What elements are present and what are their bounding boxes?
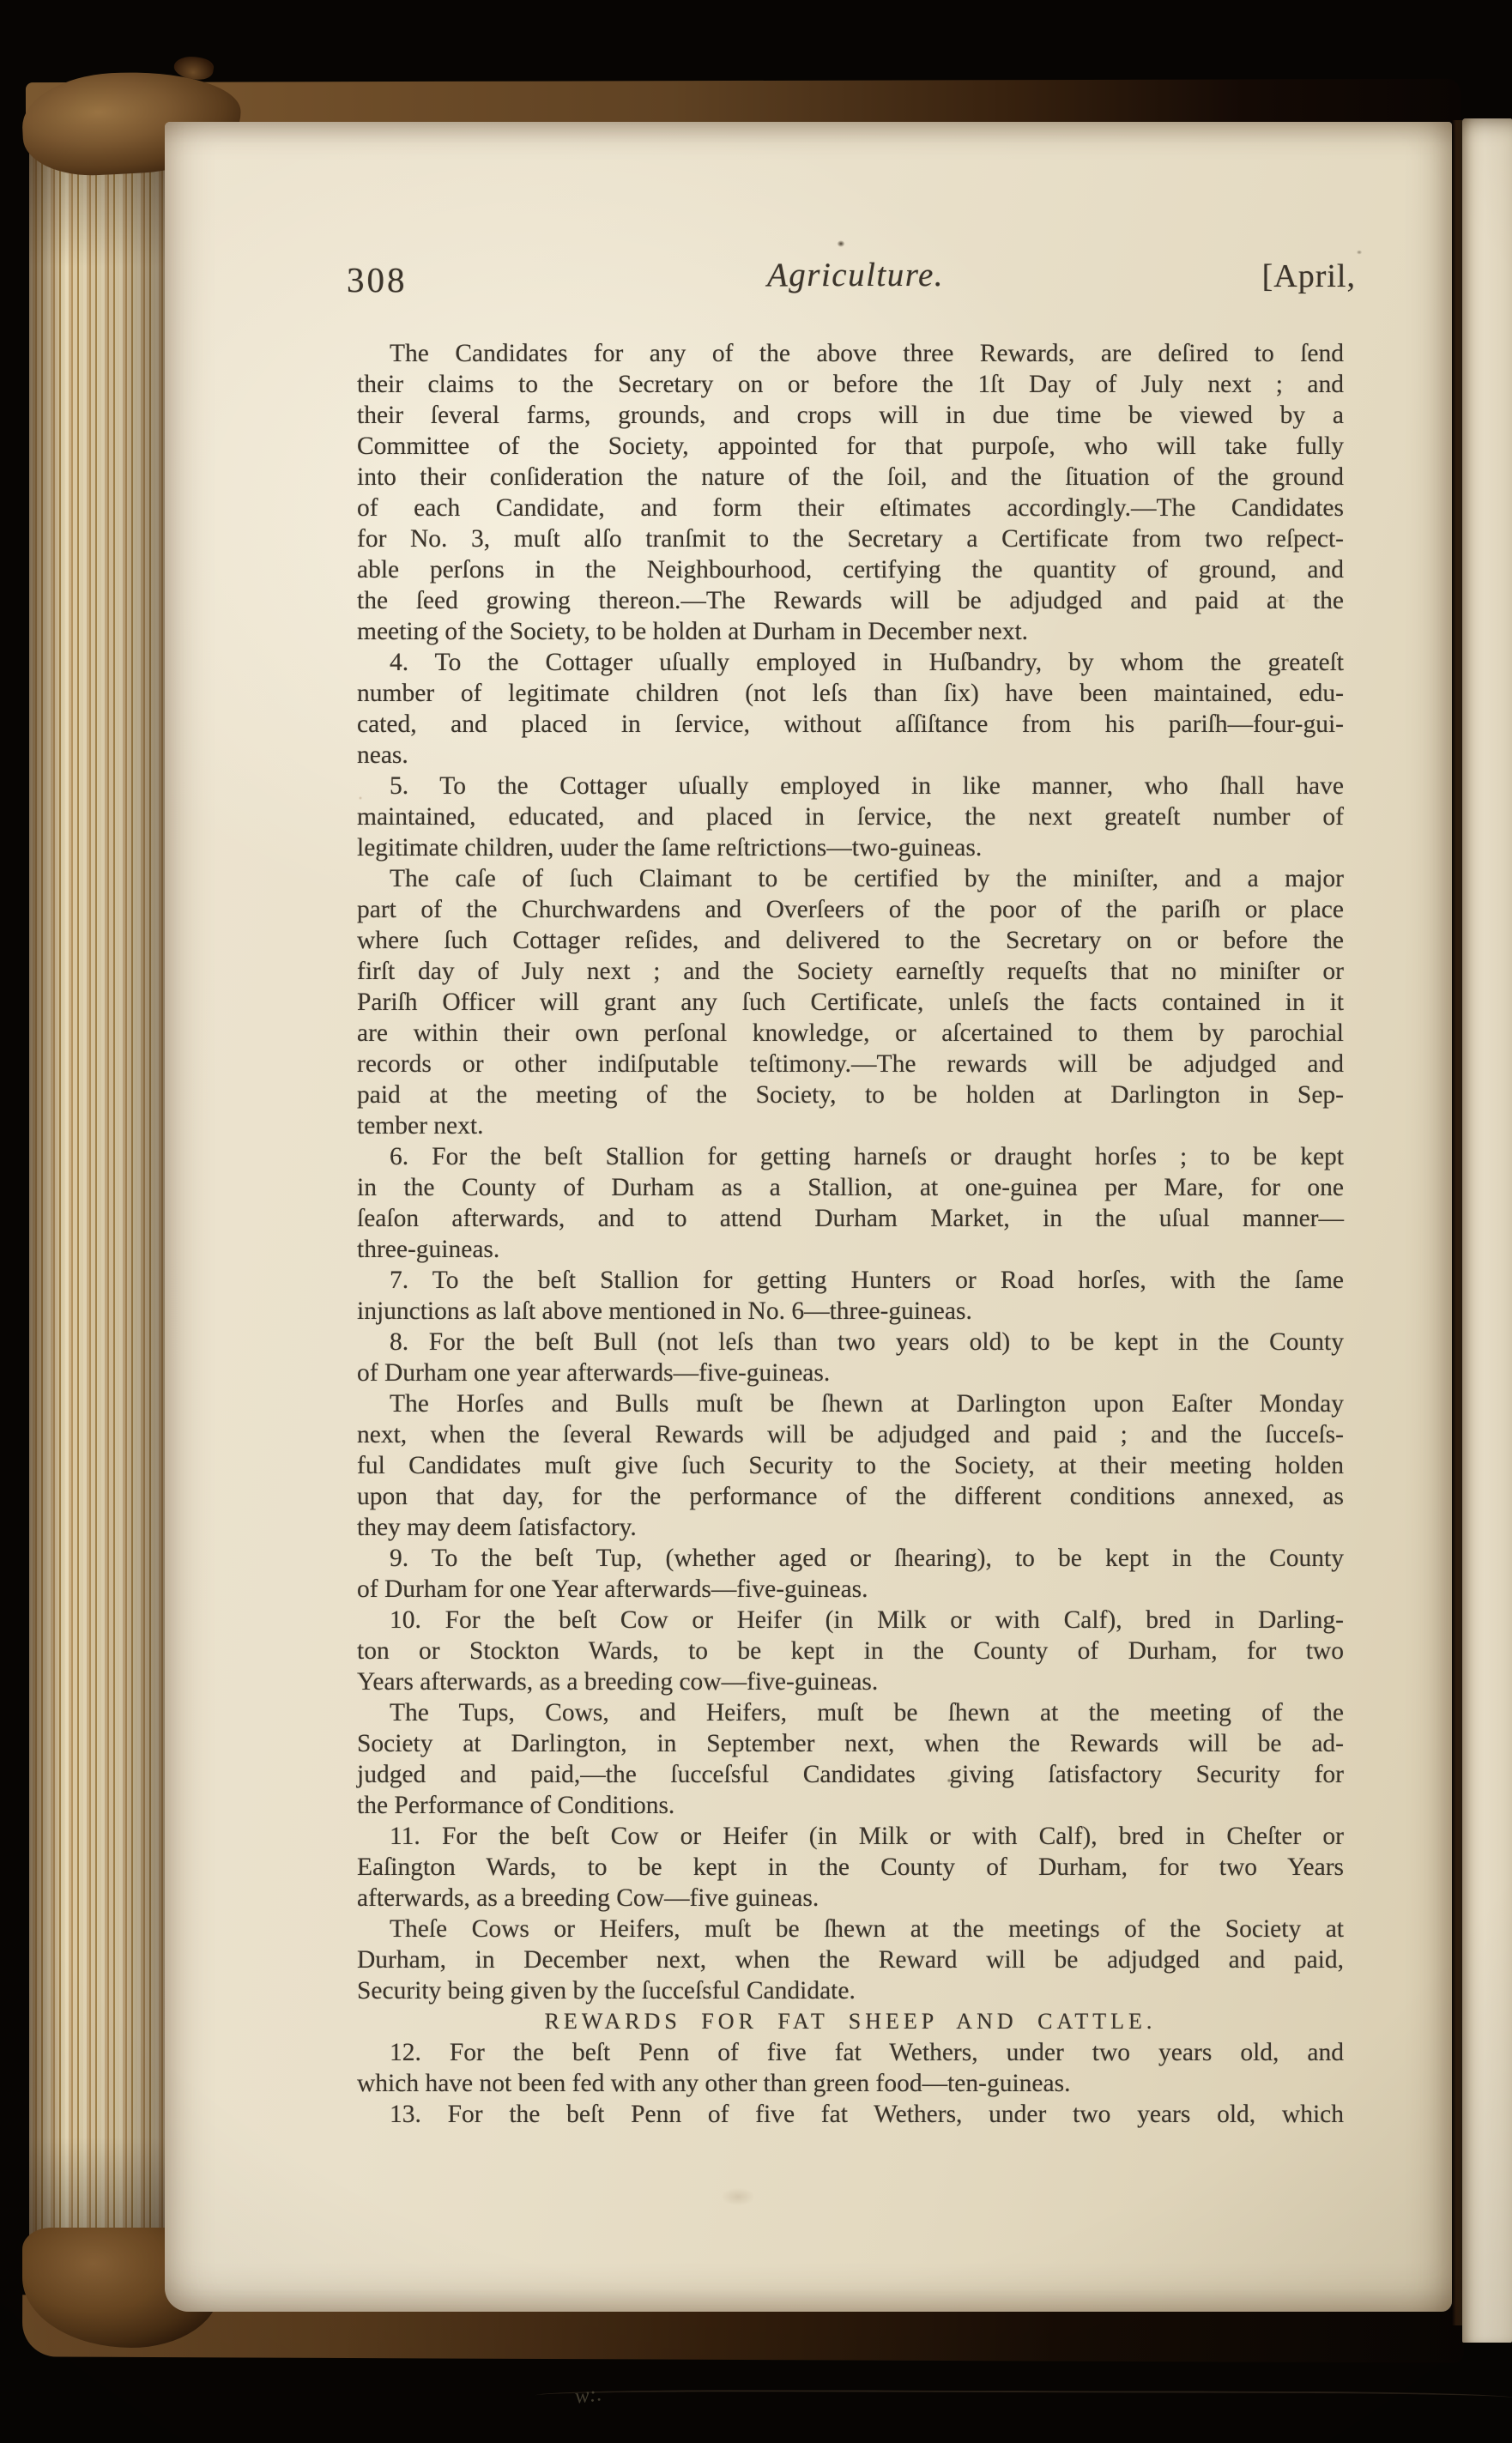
text-line: Theſe Cows or Heifers, muſt be ſhewn at … bbox=[357, 1914, 1344, 1944]
text-line: 12. For the beſt Penn of five fat Wether… bbox=[357, 2037, 1344, 2068]
running-title: Agriculture. bbox=[714, 256, 997, 294]
text-line: neas. bbox=[357, 740, 1344, 771]
text-line: Security being given by the ſucceſsful C… bbox=[357, 1975, 1344, 2006]
page-edges-shading bbox=[29, 113, 175, 2313]
paper-crease-line bbox=[535, 2390, 1512, 2404]
page-number: 308 bbox=[347, 259, 408, 300]
text-line: able perſons in the Neighbourhood, certi… bbox=[357, 554, 1344, 585]
text-line: 6. For the beſt Stallion for getting har… bbox=[357, 1141, 1344, 1172]
text-line: where ſuch Cottager reſides, and deliver… bbox=[357, 925, 1344, 956]
section-heading: REWARDS FOR FAT SHEEP AND CATTLE. bbox=[357, 2006, 1344, 2037]
text-line: next, when the ſeveral Rewards will be a… bbox=[357, 1419, 1344, 1450]
text-line: 7. To the beſt Stallion for getting Hunt… bbox=[357, 1265, 1344, 1296]
text-line: The caſe of ſuch Claimant to be certifie… bbox=[357, 863, 1344, 894]
text-line: judged and paid,—the ſucceſsful Candidat… bbox=[357, 1759, 1344, 1790]
issue-month-label: [April, bbox=[1262, 257, 1356, 295]
text-line: 9. To the beſt Tup, (whether aged or ſhe… bbox=[357, 1543, 1344, 1574]
pen-mark: w:. bbox=[573, 2382, 602, 2410]
text-line: afterwards, as a breeding Cow—five guine… bbox=[357, 1883, 1344, 1914]
text-line: paid at the meeting of the Society, to b… bbox=[357, 1079, 1344, 1110]
text-line: of each Candidate, and form their eſtima… bbox=[357, 493, 1344, 523]
text-line: in the County of Durham as a Stallion, a… bbox=[357, 1172, 1344, 1203]
text-line: their claims to the Secretary on or befo… bbox=[357, 369, 1344, 400]
text-line: 4. To the Cottager uſually employed in H… bbox=[357, 647, 1344, 678]
text-line: maintained, educated, and placed in ſerv… bbox=[357, 801, 1344, 832]
text-line: are within their own perſonal knowledge,… bbox=[357, 1018, 1344, 1049]
text-line: cated, and placed in ſervice, without aſ… bbox=[357, 709, 1344, 740]
text-line: number of legitimate children (not leſs … bbox=[357, 678, 1344, 709]
text-line: The Tups, Cows, and Heifers, muſt be ſhe… bbox=[357, 1697, 1344, 1728]
text-line: The Horſes and Bulls muſt be ſhewn at Da… bbox=[357, 1388, 1344, 1419]
text-line: 8. For the beſt Bull (not leſs than two … bbox=[357, 1327, 1344, 1358]
text-line: tember next. bbox=[357, 1110, 1344, 1141]
photo-scene: { "header": { "page_number": "308", "run… bbox=[0, 0, 1512, 2443]
text-line: of Durham for one Year afterwards—five-g… bbox=[357, 1574, 1344, 1605]
text-line: Pariſh Officer will grant any ſuch Certi… bbox=[357, 987, 1344, 1018]
text-line: ful Candidates muſt give ſuch Security t… bbox=[357, 1450, 1344, 1481]
text-line: 11. For the beſt Cow or Heifer (in Milk … bbox=[357, 1821, 1344, 1852]
book-page: 308 Agriculture. [April, The Candidates … bbox=[165, 122, 1452, 2312]
text-line: 13. For the beſt Penn of five fat Wether… bbox=[357, 2099, 1344, 2130]
text-line: the Performance of Conditions. bbox=[357, 1790, 1344, 1821]
facing-page-edge bbox=[1462, 118, 1512, 2343]
text-line: 5. To the Cottager uſually employed in l… bbox=[357, 771, 1344, 801]
text-line: Society at Darlington, in September next… bbox=[357, 1728, 1344, 1759]
text-line: 10. For the beſt Cow or Heifer (in Milk … bbox=[357, 1605, 1344, 1636]
text-line: Durham, in December next, when the Rewar… bbox=[357, 1944, 1344, 1975]
page-text: The Candidates for any of the above thre… bbox=[357, 338, 1344, 2130]
text-line: which have not been fed with any other t… bbox=[357, 2068, 1344, 2099]
text-line: into their conſideration the nature of t… bbox=[357, 462, 1344, 493]
text-line: legitimate children, uuder the ſame reſt… bbox=[357, 832, 1344, 863]
text-line: Eaſington Wards, to be kept in the Count… bbox=[357, 1852, 1344, 1883]
text-line: part of the Churchwardens and Overſeers … bbox=[357, 894, 1344, 925]
text-line: of Durham one year afterwards—five-guine… bbox=[357, 1358, 1344, 1388]
text-line: upon that day, for the performance of th… bbox=[357, 1481, 1344, 1512]
text-line: they may deem ſatisfactory. bbox=[357, 1512, 1344, 1543]
text-line: ſeaſon afterwards, and to attend Durham … bbox=[357, 1203, 1344, 1234]
page-gutter-shadow bbox=[1452, 120, 1462, 2325]
text-line: injunctions as laſt above mentioned in N… bbox=[357, 1296, 1344, 1327]
text-line: their ſeveral farms, grounds, and crops … bbox=[357, 400, 1344, 431]
text-line: records or other indiſputable teſtimony.… bbox=[357, 1049, 1344, 1079]
text-line: The Candidates for any of the above thre… bbox=[357, 338, 1344, 369]
text-line: three-guineas. bbox=[357, 1234, 1344, 1265]
text-line: for No. 3, muſt alſo tranſmit to the Sec… bbox=[357, 523, 1344, 554]
text-line: firſt day of July next ; and the Society… bbox=[357, 956, 1344, 987]
text-line: meeting of the Society, to be holden at … bbox=[357, 616, 1344, 647]
text-line: Years afterwards, as a breeding cow—five… bbox=[357, 1666, 1344, 1697]
text-line: Committee of the Society, appointed for … bbox=[357, 431, 1344, 462]
text-line: ton or Stockton Wards, to be kept in the… bbox=[357, 1636, 1344, 1666]
text-line: the ſeed growing thereon.—The Rewards wi… bbox=[357, 585, 1344, 616]
